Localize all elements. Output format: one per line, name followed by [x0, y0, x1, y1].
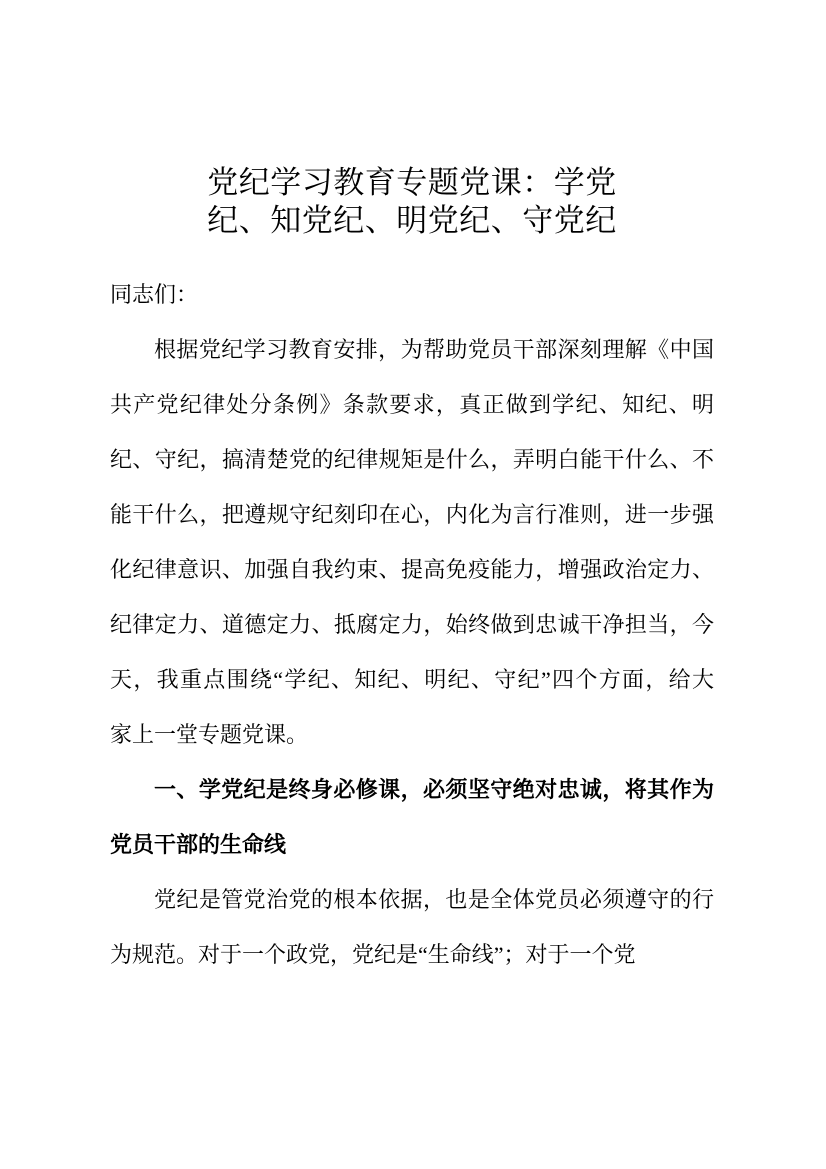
- salutation-line: 同志们：: [110, 267, 714, 322]
- title-line-1: 党纪学习教育专题党课：学党: [110, 164, 714, 202]
- document-body: 同志们： 根据党纪学习教育安排，为帮助党员干部深刻理解《中国 共产党纪律处分条例…: [110, 267, 714, 982]
- section-heading-line: 一、学党纪是终身必修课，必须坚守绝对忠诚，将其作为: [110, 762, 714, 817]
- paragraph-1-line: 纪律定力、道德定力、抵腐定力，始终做到忠诚干净担当，今: [110, 597, 714, 652]
- paragraph-1-line: 能干什么，把遵规守纪刻印在心，内化为言行准则，进一步强: [110, 487, 714, 542]
- paragraph-1-line: 根据党纪学习教育安排，为帮助党员干部深刻理解《中国: [110, 322, 714, 377]
- section-heading-line: 党员干部的生命线: [110, 817, 714, 872]
- paragraph-2-line: 党纪是管党治党的根本依据，也是全体党员必须遵守的行: [110, 872, 714, 927]
- document-title: 党纪学习教育专题党课：学党 纪、知党纪、明党纪、守党纪: [110, 164, 714, 240]
- paragraph-2-line: 为规范。对于一个政党，党纪是“生命线”；对于一个党: [110, 927, 714, 982]
- paragraph-1-line: 化纪律意识、加强自我约束、提高免疫能力，增强政治定力、: [110, 542, 714, 597]
- paragraph-1-line: 共产党纪律处分条例》条款要求，真正做到学纪、知纪、明: [110, 377, 714, 432]
- paragraph-1-line: 纪、守纪，搞清楚党的纪律规矩是什么，弄明白能干什么、不: [110, 432, 714, 487]
- title-line-2: 纪、知党纪、明党纪、守党纪: [110, 202, 714, 240]
- document-page: 党纪学习教育专题党课：学党 纪、知党纪、明党纪、守党纪 同志们： 根据党纪学习教…: [0, 0, 826, 1169]
- paragraph-1-line: 家上一堂专题党课。: [110, 707, 714, 762]
- paragraph-1-line: 天，我重点围绕“学纪、知纪、明纪、守纪”四个方面，给大: [110, 652, 714, 707]
